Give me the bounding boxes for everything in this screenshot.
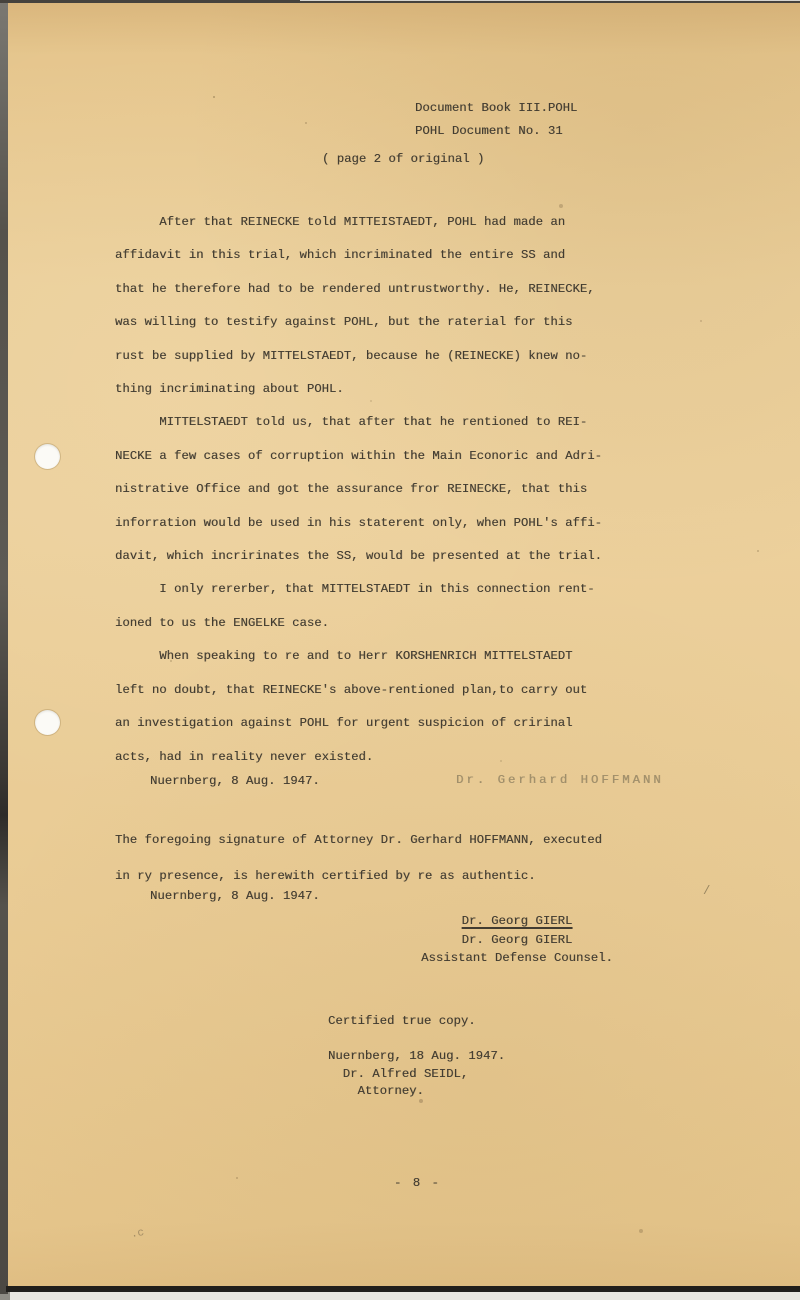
- paper-specks: [213, 96, 215, 98]
- document-header: Document Book III.POHL POHL Document No.…: [415, 97, 577, 143]
- place-date-line-1: Nuernberg, 8 Aug. 1947.: [150, 774, 320, 788]
- page-note: ( page 2 of original ): [322, 152, 484, 166]
- scan-edge-top-highlight: [300, 0, 800, 1]
- place-date-line-2: Nuernberg, 8 Aug. 1947.: [150, 889, 320, 903]
- punch-hole-bottom: [35, 710, 60, 735]
- certified-true-copy-block: Certified true copy. Nuernberg, 18 Aug. …: [328, 1013, 505, 1101]
- signature-gierl-typed: Dr. Georg GIERL: [462, 933, 573, 947]
- page-number: - 8 -: [394, 1176, 441, 1190]
- header-doc-line: POHL Document No. 31: [415, 124, 563, 138]
- scan-edge-left: [0, 0, 8, 1294]
- punch-hole-top: [35, 444, 60, 469]
- stray-slash-mark: /: [703, 884, 710, 898]
- scanned-document-page: Document Book III.POHL POHL Document No.…: [0, 0, 800, 1300]
- scan-edge-bottom-backing: [10, 1292, 800, 1300]
- signature-hoffmann: Dr. Gerhard HOFFMANN: [456, 773, 664, 787]
- stray-pencil-mark: .c: [130, 1227, 145, 1241]
- signature-gierl-signed: Dr. Georg GIERL: [462, 912, 573, 931]
- header-book-line: Document Book III.POHL: [415, 101, 577, 115]
- certification-paragraph: The foregoing signature of Attorney Dr. …: [115, 822, 602, 894]
- gierl-signature-block: Dr. Georg GIERL Dr. Georg GIERL Assistan…: [377, 912, 657, 968]
- gierl-title: Assistant Defense Counsel.: [421, 951, 613, 965]
- body-text: After that REINECKE told MITTEISTAEDT, P…: [115, 206, 602, 774]
